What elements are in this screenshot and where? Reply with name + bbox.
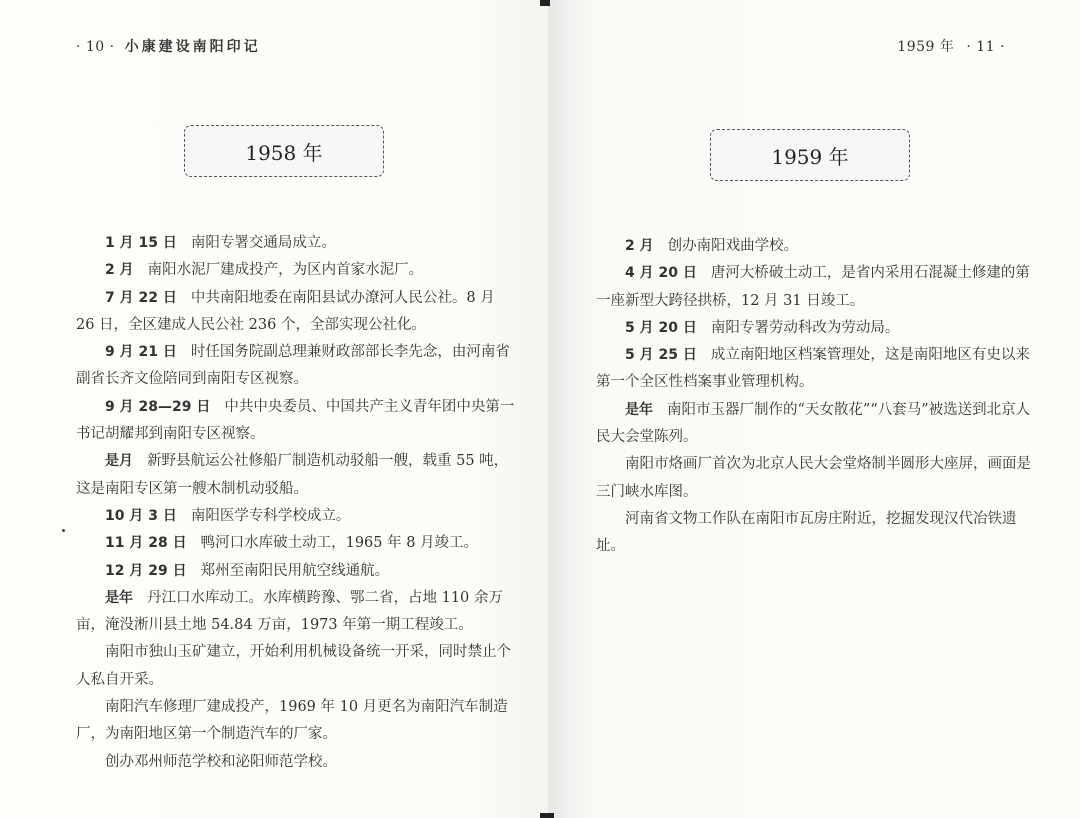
book-gutter-shadow-bottom xyxy=(540,813,554,818)
entry: 是月新野县航运公社修船厂制造机动驳船一艘，载重 55 吨，这是南阳专区第一艘木制… xyxy=(76,448,516,503)
entry-text: 南阳市独山玉矿建立，开始利用机械设备统一开采，同时禁止个人私自开采。 xyxy=(76,644,511,687)
entry: 9 月 21 日时任国务院副总理兼财政部部长李先念，由河南省副省长齐文俭陪同到南… xyxy=(76,339,516,394)
entry-date: 10 月 3 日 xyxy=(105,508,177,524)
page-number: · 10 · xyxy=(76,39,115,55)
entry: 南阳市烙画厂首次为北京人民大会堂烙制半圆形大座屏，画面是三门峡水库图。 xyxy=(596,451,1036,506)
margin-dot xyxy=(62,529,65,532)
entry: 创办邓州师范学校和泌阳师范学校。 xyxy=(76,749,516,776)
entry-date: 7 月 22 日 xyxy=(105,290,177,306)
entry-date: 4 月 20 日 xyxy=(625,265,697,281)
entry-text: 河南省文物工作队在南阳市瓦房庄附近，挖掘发现汉代冶铁遗址。 xyxy=(596,511,1017,554)
book-spread: · 10 ·小康建设南阳印记 1958 年 1 月 15 日南阳专署交通局成立。… xyxy=(0,0,1080,818)
entry-date: 5 月 25 日 xyxy=(625,347,697,363)
book-gutter-shadow-top xyxy=(540,0,550,6)
entry-text: 南阳市烙画厂首次为北京人民大会堂烙制半圆形大座屏，画面是三门峡水库图。 xyxy=(596,456,1031,499)
entry-date: 12 月 29 日 xyxy=(105,563,187,579)
entry: 9 月 28—29 日中共中央委员、中国共产主义青年团中央第一书记胡耀邦到南阳专… xyxy=(76,394,516,449)
entry-text: 南阳汽车修理厂建成投产，1969 年 10 月更名为南阳汽车制造厂，为南阳地区第… xyxy=(76,699,508,742)
entry-date: 1 月 15 日 xyxy=(105,235,177,251)
entry-text: 南阳水泥厂建成投产，为区内首家水泥厂。 xyxy=(148,262,424,278)
entry-date: 是月 xyxy=(105,453,133,469)
entry-date: 5 月 20 日 xyxy=(625,320,697,336)
left-body-text: 1 月 15 日南阳专署交通局成立。 2 月南阳水泥厂建成投产，为区内首家水泥厂… xyxy=(76,230,516,776)
entry: 南阳市独山玉矿建立，开始利用机械设备统一开采，同时禁止个人私自开采。 xyxy=(76,639,516,694)
running-year-label: 1959 年 xyxy=(897,39,954,55)
year-heading-1958: 1958 年 xyxy=(184,125,384,177)
page-number: · 11 · xyxy=(966,39,1005,55)
right-page: 1959 年· 11 · 1959 年 2 月创办南阳戏曲学校。 4 月 20 … xyxy=(548,0,1080,818)
entry-text: 南阳专署交通局成立。 xyxy=(191,235,336,251)
entry-text: 南阳专署劳动科改为劳动局。 xyxy=(711,320,900,336)
entry-text: 郑州至南阳民用航空线通航。 xyxy=(201,563,390,579)
entry-text: 创办南阳戏曲学校。 xyxy=(668,238,799,254)
entry: 10 月 3 日南阳医学专科学校成立。 xyxy=(76,503,516,530)
entry: 5 月 25 日成立南阳地区档案管理处，这是南阳地区有史以来第一个全区性档案事业… xyxy=(596,342,1036,397)
entry-text: 鸭河口水库破土动工，1965 年 8 月竣工。 xyxy=(201,535,478,551)
right-running-head: 1959 年· 11 · xyxy=(897,36,1005,56)
entry-text: 创办邓州师范学校和泌阳师范学校。 xyxy=(105,754,337,770)
book-title: 小康建设南阳印记 xyxy=(125,39,261,55)
entry-date: 2 月 xyxy=(625,238,654,254)
entry: 1 月 15 日南阳专署交通局成立。 xyxy=(76,230,516,257)
entry-text: 南阳医学专科学校成立。 xyxy=(191,508,351,524)
left-page: · 10 ·小康建设南阳印记 1958 年 1 月 15 日南阳专署交通局成立。… xyxy=(0,0,548,818)
entry-date: 2 月 xyxy=(105,262,134,278)
entry: 南阳汽车修理厂建成投产，1969 年 10 月更名为南阳汽车制造厂，为南阳地区第… xyxy=(76,694,516,749)
entry-text: 新野县航运公社修船厂制造机动驳船一艘，载重 55 吨，这是南阳专区第一艘木制机动… xyxy=(76,453,508,496)
entry-date: 是年 xyxy=(105,590,133,606)
year-heading-1959: 1959 年 xyxy=(710,129,910,181)
entry: 2 月创办南阳戏曲学校。 xyxy=(596,233,1036,260)
entry: 12 月 29 日郑州至南阳民用航空线通航。 xyxy=(76,558,516,585)
entry-date: 9 月 21 日 xyxy=(105,344,177,360)
entry: 河南省文物工作队在南阳市瓦房庄附近，挖掘发现汉代冶铁遗址。 xyxy=(596,506,1036,561)
entry: 5 月 20 日南阳专署劳动科改为劳动局。 xyxy=(596,315,1036,342)
entry: 是年丹江口水库动工。水库横跨豫、鄂二省，占地 110 余万亩，淹没淅川县土地 5… xyxy=(76,585,516,640)
entry: 7 月 22 日中共南阳地委在南阳县试办潦河人民公社。8 月 26 日，全区建成… xyxy=(76,285,516,340)
entry: 2 月南阳水泥厂建成投产，为区内首家水泥厂。 xyxy=(76,257,516,284)
entry-date: 11 月 28 日 xyxy=(105,535,187,551)
entry-text: 南阳市玉器厂制作的“天女散花”“八套马”被选送到北京人民大会堂陈列。 xyxy=(596,402,1030,445)
right-body-text: 2 月创办南阳戏曲学校。 4 月 20 日唐河大桥破土动工，是省内采用石混凝土修… xyxy=(596,233,1036,561)
entry-date: 9 月 28—29 日 xyxy=(105,399,210,415)
entry: 11 月 28 日鸭河口水库破土动工，1965 年 8 月竣工。 xyxy=(76,530,516,557)
entry: 4 月 20 日唐河大桥破土动工，是省内采用石混凝土修建的第一座新型大跨径拱桥，… xyxy=(596,260,1036,315)
left-running-head: · 10 ·小康建设南阳印记 xyxy=(76,36,261,56)
entry-date: 是年 xyxy=(625,402,653,418)
entry: 是年南阳市玉器厂制作的“天女散花”“八套马”被选送到北京人民大会堂陈列。 xyxy=(596,397,1036,452)
entry-text: 丹江口水库动工。水库横跨豫、鄂二省，占地 110 余万亩，淹没淅川县土地 54.… xyxy=(76,590,503,633)
